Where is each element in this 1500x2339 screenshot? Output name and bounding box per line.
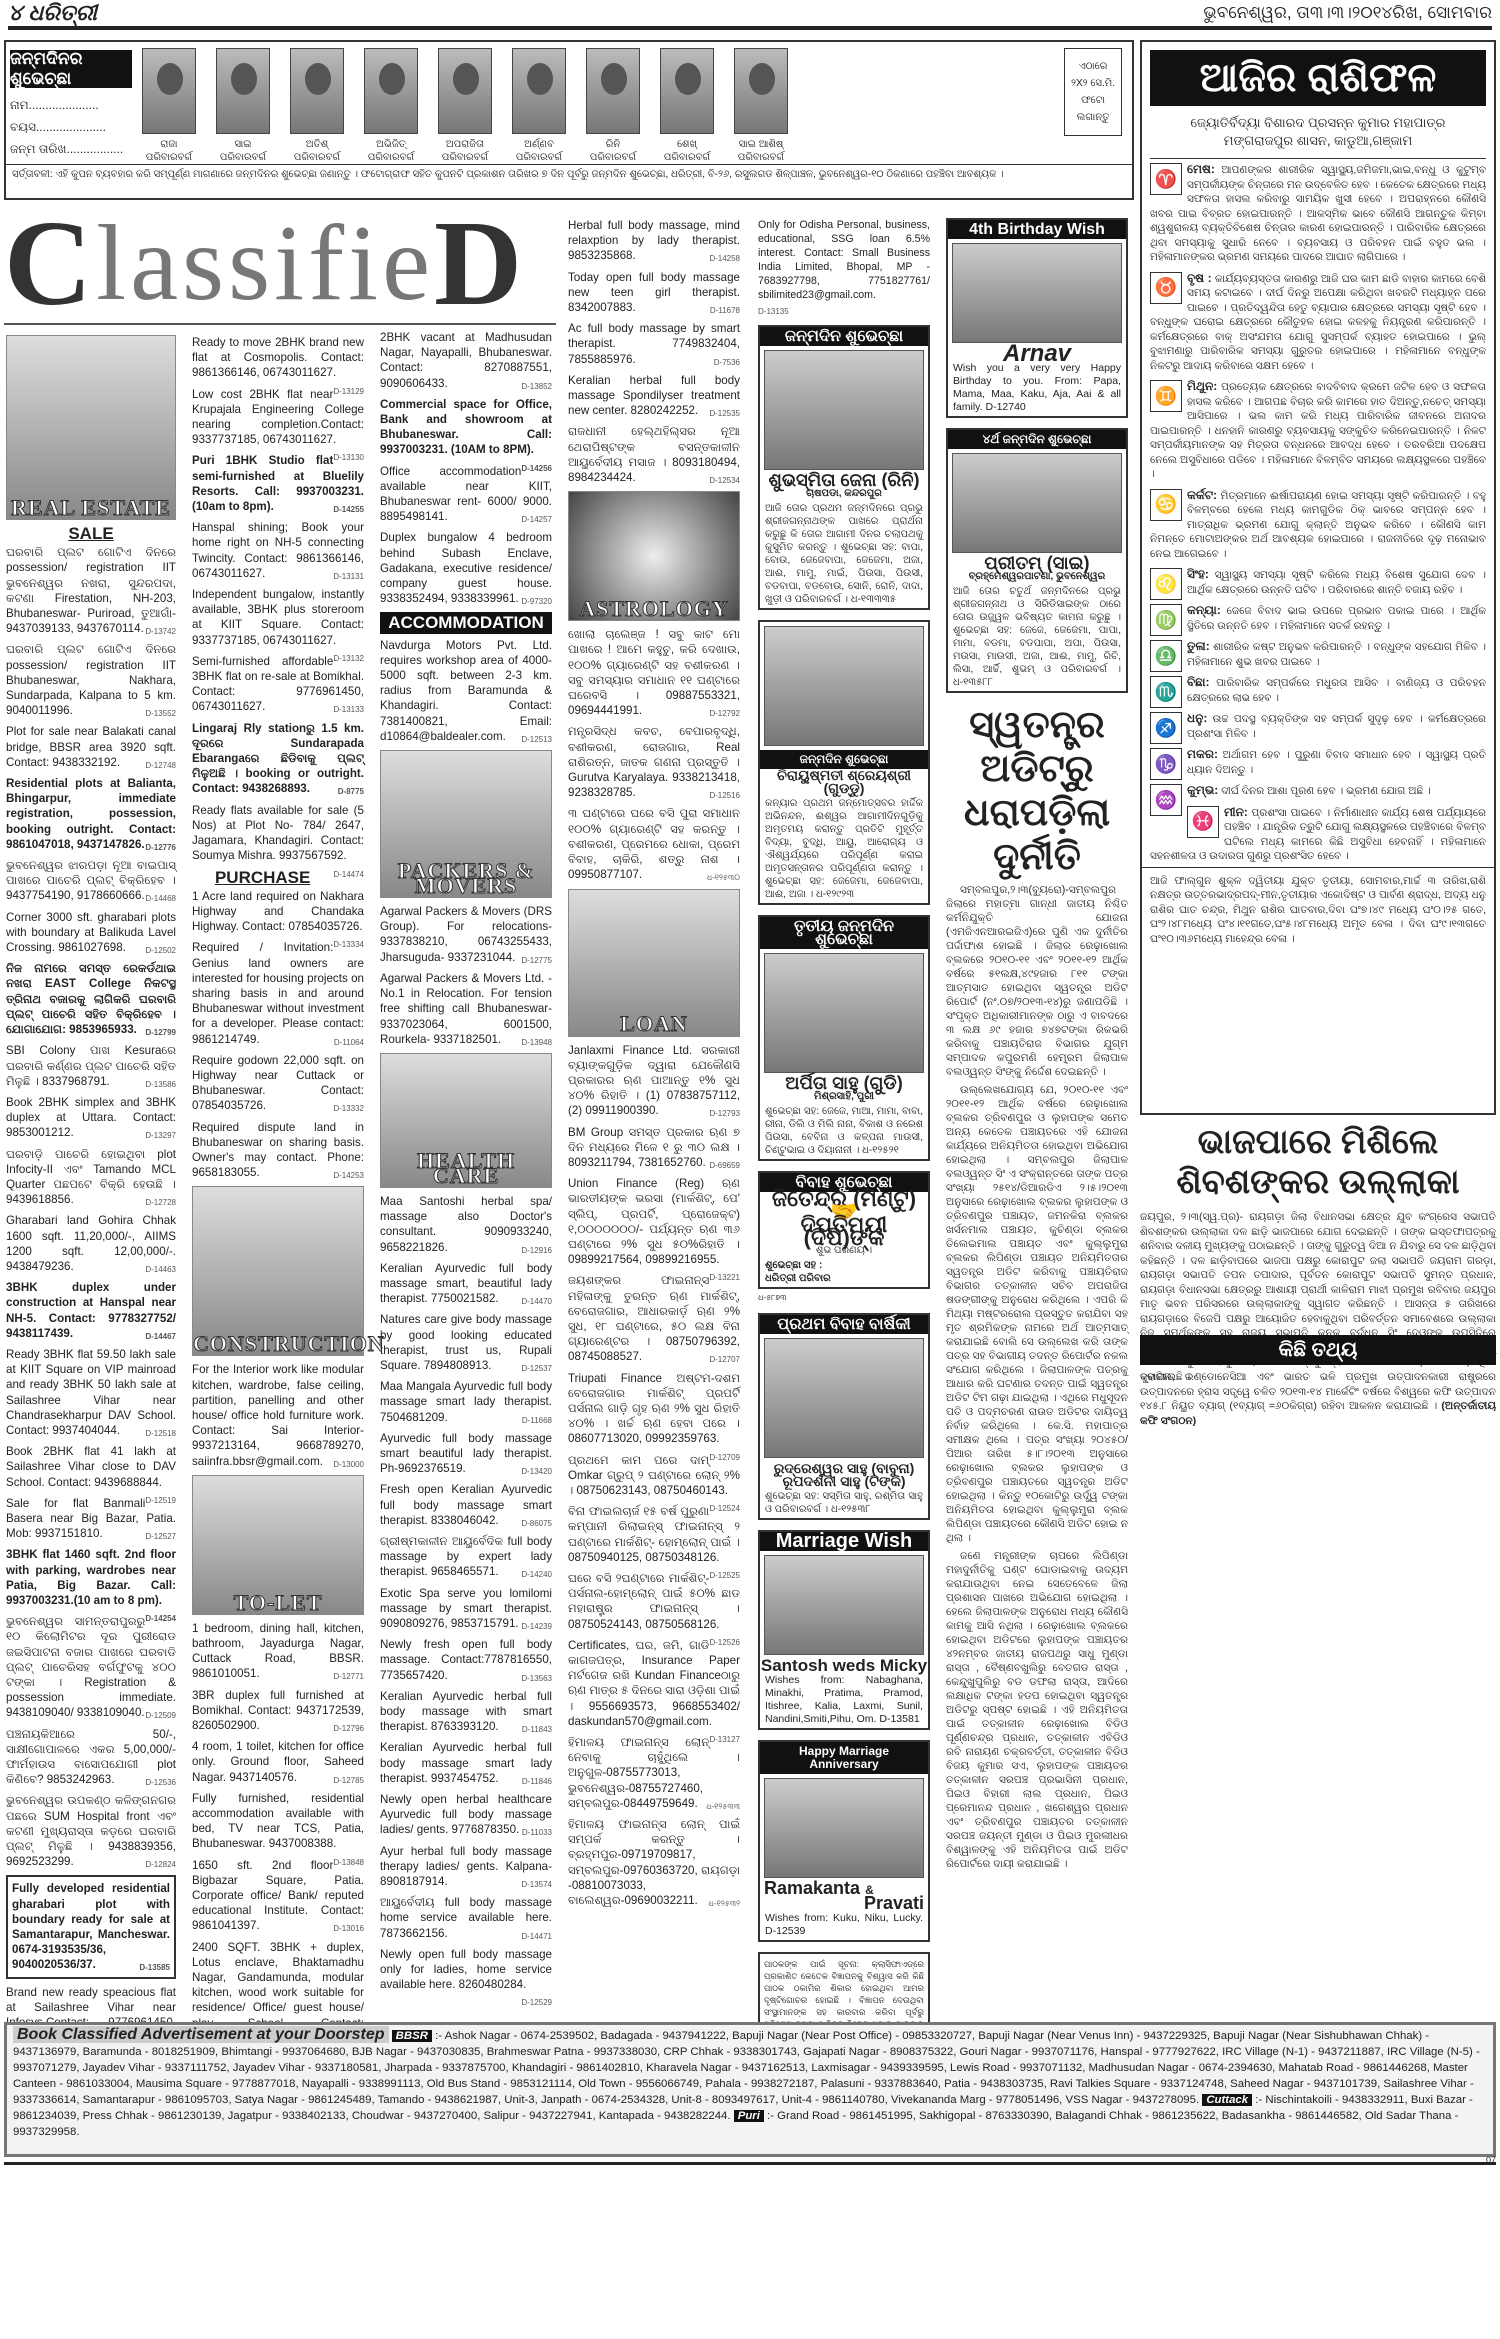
classified-ad: Gharabari land Gohira Chhak 1600 sqft. 1… (6, 1213, 176, 1274)
classified-ad: Duplex bungalow 4 bedroom behind Subash … (380, 530, 552, 606)
classified-ad: ଘରବାଡ଼ି ପାଚେରି ହୋଇଥିବା plot Infocity-II … (6, 1147, 176, 1208)
wish-name: Pravati (760, 1897, 928, 1910)
zodiac-sign-entry: ♊ମିଥୁନ: ପ୍ରତ୍ୟେକ କ୍ଷେତ୍ରରେ ବାଦବିବାଦ କ୍ରମ… (1142, 376, 1494, 485)
kid-family: ପରିବାରବର୍ଗ (586, 151, 640, 164)
classified-ad: Ready 3BHK flat 59.50 lakh sale at KIIT … (6, 1347, 176, 1438)
zodiac-sign-entry: ♒କୁମ୍ଭ: ଦୀର୍ଘ ଦିନର ଆଶା ପୂରଣ ହେବ । ଭ୍ରମଣ … (1142, 780, 1494, 802)
ad-code: D-13133 (333, 702, 364, 717)
horoscope-box: ଆଜିର ରାଶିଫଳ ଜ୍ୟୋତିର୍ବିଦ୍ୟା ବିଶାରଦ ପ୍ରସନ୍… (1140, 40, 1496, 1115)
ad-code: D-12824 (145, 1857, 176, 1872)
classified-ad: Maa Mangala Ayurvedic full body massage … (380, 1379, 552, 1425)
zodiac-name: ତୁଳା: (1187, 639, 1210, 653)
sale-ads-list: ଘରବାରି ପ୍ଲଟ ଗୋଟିଏ ଦିନରେ possession/ regi… (6, 545, 176, 2045)
zodiac-sign-entry: ♐ଧନୁ: ଉଚ୍ଚ ପଦସ୍ଥ ବ୍ୟକ୍ତିଙ୍କ ସହ ସମ୍ପର୍କ ସ… (1142, 708, 1494, 744)
kid-photo (216, 48, 270, 134)
ad-code: D-13000 (333, 1457, 364, 1472)
zodiac-text: ଅର୍ଥାଗମ ହେବ । ପୁରୁଣା ବିବାଦ ସମାଧାନ ହେବ । … (1187, 749, 1486, 776)
zodiac-name: ବୃଷ : (1187, 271, 1212, 285)
photo-box-line: ଫଟୋ (1065, 92, 1121, 109)
ad-code: D-11064 (334, 1035, 364, 1050)
ad-code: ଧ-୧୨୫୨୧ (862, 1145, 899, 1156)
news-paragraph: ସମ୍ବଲପୁର,୨।୩(ବ୍ୟୁରୋ)-ସମ୍ବଲପୁର ଜିଲାରେ ମହା… (946, 883, 1128, 1079)
ad-code: D-14254 (145, 1611, 176, 1626)
health-ads-list: Maa Santoshi herbal spa/ massage also Do… (380, 1194, 552, 1993)
ad-code: D-12519 (145, 1493, 176, 1508)
wish-body: ଆଜି ତୋର ଚତୁର୍ଥ ଜନ୍ମଦିନରେ ପ୍ରଭୁ ଶ୍ରୀଜଗନ୍ନ… (953, 586, 1121, 675)
ad-text: Commercial space for Office, Bank and sh… (380, 398, 552, 457)
classified-ad: ଭୁବନେଶ୍ୱର ସାମନ୍ତରାପୁରରୁ ୧୦ କିଲୋମିଟର ଦୂର … (6, 1614, 176, 1720)
ad-code: D-12536 (145, 1775, 176, 1790)
kid-photo (660, 48, 714, 134)
kid-photo-card: ଅର୍ଣ୍ଣବପରିବାରବର୍ଗ (512, 48, 566, 164)
classified-ad: ୩ ଘଣ୍ଟାରେ ଘରେ ବସି ପୁରା ସମାଧାନ ୧୦୦% ଗ୍ୟାର… (568, 806, 740, 882)
ad-code: D-13135 (758, 305, 930, 319)
ad-navdurga: Navdurga Motors Pvt. Ltd. requires works… (380, 638, 552, 744)
ad-code: D-13563 (521, 1671, 552, 1686)
ad-code: ଧ-୧୨୯୨୩ (816, 889, 854, 900)
photo-placeholder-box: ଏଠାରେ ୨X୨ ସେ.ମି. ଫଟୋ ଲଗାନ୍ତୁ (1064, 48, 1122, 136)
classified-ad: Triupati Finance ଅଷ୍ଟମ-ଦଶମ ବେରୋଜଗାର ମାର୍… (568, 1371, 740, 1447)
ad-code: D-12796 (333, 1721, 364, 1736)
kid-family: ପରିବାରବର୍ଗ (512, 151, 566, 164)
classified-ad: ଜୟଶଙ୍କର ଫାଇନାନ୍ସ ମହିଳାଙ୍କୁ ତୁରନ୍ତ ଋଣ ମାର… (568, 1273, 740, 1364)
zodiac-text: କାର୍ଯ୍ୟବ୍ୟସ୍ତତା କାରଣରୁ ଆଜି ଘର କାମ ଛାଡି ବ… (1150, 273, 1486, 372)
wish-card-arpita: ତୃତୀୟ ଜନ୍ମଦିନ ଶୁଭେଚ୍ଛା ଅର୍ପିତା ସାହୁ (ଗୁଡ… (758, 915, 930, 1161)
photo-box-line: ଏଠାରେ (1065, 58, 1121, 75)
construction-image: CONSTRUCTION (192, 1186, 364, 1356)
zodiac-icon: ♒ (1150, 784, 1182, 816)
zodiac-text: ଜେଜେ ବିବାଦ ଭାଇ ଉପରେ ପ୍ରଭାବ ପକାଇ ପାରେ । ଆ… (1187, 605, 1486, 632)
kid-name: ଅଭିଜିତ୍ (364, 138, 418, 151)
to-let-label: TO-LET (193, 1595, 363, 1610)
wish-body: Wishes from: Kuku, Niku, Lucky. (765, 1912, 923, 1924)
classified-ad: ରାଜଧାନୀ ହେଲ୍ଥହିଲ୍ସର ନୂଆ ଥେରାପିଷ୍ଟଙ୍କ ବସନ… (568, 424, 740, 485)
packers-movers-image: PACKERS & MOVERS (380, 750, 552, 898)
zodiac-name: ବିଛା: (1187, 675, 1210, 689)
ad-code: D-13132 (333, 651, 364, 666)
ad-code: D-12539 (765, 1925, 805, 1937)
wish-photo (952, 453, 1122, 553)
wish-body: କନ୍ୟାର ପ୍ରଥମ ଜନ୍ମୋତ୍ସବର ହାର୍ଦ୍ଦିକ ଅଭିନନ୍… (765, 798, 923, 900)
wish-name: ଶୁଭସ୍ମିତା ଜେନା (ରିନି) (760, 474, 928, 487)
ad-code: ଧ-୧୨୫୩୦ (707, 870, 740, 885)
zodiac-icon: ♊ (1150, 380, 1182, 412)
wish-text: Wishes from: Kuku, Niku, Lucky. D-12539 (760, 1910, 928, 1940)
classified-ad: Maa Santoshi herbal spa/ massage also Do… (380, 1194, 552, 1255)
ad-code: D-12775 (521, 953, 552, 968)
section-sale: SALE (6, 526, 176, 541)
ad-code: D-12534 (709, 473, 740, 488)
wish-name: Ramakanta (764, 1878, 860, 1898)
kid-photo (290, 48, 344, 134)
zodiac-icon: ♌ (1150, 568, 1182, 600)
ad-code: D-12793 (709, 1106, 740, 1121)
ad-code: D-14255 (333, 502, 364, 517)
packers-ads-list: Agarwal Packers & Movers (DRS Group). Fo… (380, 904, 552, 1047)
column-real-estate-2: Ready to move 2BHK brand new flat at Cos… (192, 335, 364, 2052)
ad-code: D-13574 (521, 1877, 552, 1892)
wish-card-marriage-jitendra: ବିବାହ ଶୁଭେଚ୍ଛା ଜିତେନ୍ଦ୍ର (ମିଣ୍ଟୁ) 🤝 ଦିପ୍… (758, 1171, 930, 1289)
accommodation-ads-top: 2BHK vacant at Madhusudan Nagar, Nayapal… (380, 330, 552, 606)
classified-ad: SBI Colony ପାଖ Kesuraରେ ଘରବାରି କର୍ଣ୍ଣର ପ… (6, 1043, 176, 1089)
form-age-field: ବୟସ..................... (10, 116, 132, 138)
news-headline-ullaka: ଭାଜପାରେ ମିଶିଲେ ଶିବଶଙ୍କର ଉଲ୍ଲାକା (1140, 1122, 1496, 1202)
astrology-image: ASTROLOGY (568, 491, 740, 621)
wish-card-rini: ଜନ୍ମଦିନ ଶୁଭେଚ୍ଛା ଶୁଭସ୍ମିତା ଜେନା (ରିନି) ଚ… (758, 325, 930, 610)
zodiac-name: କୁମ୍ଭ: (1187, 783, 1218, 797)
classified-ad: Agarwal Packers & Movers Ltd. - No.1 in … (380, 971, 552, 1047)
zodiac-text: ଦୀର୍ଘ ଦିନର ଆଶା ପୂରଣ ହେବ । ଭ୍ରମଣ ଯୋଗ ଅଛି … (1221, 785, 1431, 797)
wish-card-ramakanta-pravati: Happy Marriage Anniversary Ramakanta & P… (758, 1740, 930, 1942)
classified-ad: ହିମାଳୟ ଫାଇନାନ୍ସ ଲୋନ୍ ପାଇଁ ସମ୍ପର୍କ କରନ୍ତୁ… (568, 1817, 740, 1908)
ad-code: D-12518 (145, 1426, 176, 1441)
ad-code: D-12799 (145, 1025, 176, 1040)
logo-middle: lassifie (96, 202, 434, 326)
kid-photo-card: ଅଭିଜିତ୍ପରିବାରବର୍ଗ (364, 48, 418, 164)
column-astrology-loan: Herbal full body massage, mind relaxptio… (568, 218, 740, 1914)
kid-family: ପରିବାରବର୍ଗ (216, 151, 270, 164)
bottom-rule (4, 2162, 1496, 2165)
zodiac-sign-entry: ♈ମେଷ: ଆପଣଙ୍କର ଶାରୀରିକ ସ୍ୱାସ୍ଥ୍ୟ,ଜମିଜମା,ଭ… (1142, 159, 1494, 268)
masthead: ୪ ଧରିତ୍ରୀ ଭୁବନେଶ୍ୱର, ତା୩।୩।୨୦୧୪ରିଖ, ସୋମବ… (8, 4, 1492, 30)
classified-ad: Lingaraj Rly stationରୁ 1.5 km. ଦୂରରେ Sun… (192, 721, 364, 797)
zodiac-sign-entry: ♍କନ୍ୟା: ଜେଜେ ବିବାଦ ଭାଇ ଉପରେ ପ୍ରଭାବ ପକାଇ … (1142, 600, 1494, 636)
ad-code: D-13127 (709, 1732, 740, 1747)
classified-ad: Fresh open Keralian Ayurvedic full body … (380, 1482, 552, 1528)
ad-code: ଧ-୧୩୩୩୫ (851, 594, 896, 605)
ad-code: D-12525 (709, 1568, 740, 1583)
ad-text: Navdurga Motors Pvt. Ltd. requires works… (380, 639, 552, 743)
birthday-coupon-title: ଜନ୍ମଦିନର ଶୁଭେଚ୍ଛା (10, 50, 132, 88)
ad-code: D-13131 (333, 569, 364, 584)
author-name: ଜ୍ୟୋତିର୍ବିଦ୍ୟା ବିଶାରଦ ପ୍ରସନ୍ନ କୁମାର ମହାପ… (1150, 114, 1486, 132)
news-paragraph: ଉଲ୍ଲେଖଯୋଗ୍ୟ ଯେ, ୨୦୧୦-୧୧ ଏବଂ ୨୦୧୧-୧୨ ଆର୍ଥ… (946, 1083, 1128, 1545)
classified-ad: Newly fresh open full body massage. Cont… (380, 1637, 552, 1683)
ad-code: D-14239 (521, 1619, 552, 1634)
ad-code: D-12509 (145, 1708, 176, 1723)
classified-ad: Newly open full body massage only for la… (380, 1947, 552, 1993)
horoscope-title: ଆଜିର ରାଶିଫଳ (1150, 50, 1486, 106)
author-place: ମଙ୍ଗରାଜପୁର ଶାସନ, କାଡୁଆ,ଗଞ୍ଜାମ (1150, 132, 1486, 150)
footer-lead: Book Classified Advertisement at your Do… (13, 2026, 389, 2043)
classified-ad: Today open full body massage new teen gi… (568, 270, 740, 316)
wish-from-label: ଶୁଭେଚ୍ଛା ସହ : (765, 1260, 822, 1271)
city-cuttack: Cuttack (1202, 2094, 1252, 2106)
ad-code: D-12526 (709, 1635, 740, 1650)
wish-header: Marriage Wish (760, 1532, 928, 1551)
kid-photo (734, 48, 788, 134)
ad-text: Ready to move 2BHK brand new flat at Cos… (192, 336, 364, 379)
ad-code: D-13581 (879, 1713, 919, 1725)
wish-body: ଆଜି ତୋର ପ୍ରଥମ ଜନ୍ମଦିନରେ ପ୍ରଭୁ ଶ୍ରୀଜଗନ୍ନା… (765, 503, 923, 605)
kid-photo (142, 48, 196, 134)
ad-code: D-14471 (521, 1929, 552, 1944)
ad-text: Union Finance (Reg) ଋଣ ଭାରତୀୟଙ୍କ ଭରସା (ମ… (568, 1177, 740, 1266)
ad-code: D-12516 (709, 788, 740, 803)
ad-code: D-13948 (521, 1035, 552, 1050)
classified-ad: Union Finance (Reg) ଋଣ ଭାରତୀୟଙ୍କ ଭରସା (ମ… (568, 1176, 740, 1267)
ad-code: D-11668 (522, 1413, 552, 1428)
kid-name: ରାଜା (142, 138, 196, 151)
purchase-ads-list: 1 Acre land required on Nakhara Highway … (192, 889, 364, 1181)
classified-ad: 2BHK vacant at Madhusudan Nagar, Nayapal… (380, 330, 552, 391)
ad-text: 3BHK flat 1460 sqft. 2nd floor with park… (6, 1548, 176, 1607)
classified-ad: Janlaxmi Finance Ltd. ସରକାରୀ ବ୍ୟାଙ୍କଗୁଡ଼… (568, 1043, 740, 1119)
wish-photo (764, 1338, 924, 1458)
kid-family: ପରିବାରବର୍ଗ (364, 151, 418, 164)
ad-code: D-11846 (522, 1774, 552, 1789)
ad-code: D-14468 (145, 891, 176, 906)
wish-name: Arnav (948, 347, 1126, 360)
ad-code: D-14467 (145, 1329, 176, 1344)
page-number: 07 (1486, 2155, 1496, 2165)
ad-text: Ready flats available for sale (5 Nos) a… (192, 804, 364, 863)
birthday-coupon-form: ନାମ..................... ବୟସ............… (10, 94, 132, 160)
classified-ad: ଗ୍ରୀଷ୍ମକାଳୀନ ଆୟୁର୍ବେଦିକ full body massag… (380, 1534, 552, 1580)
classified-logo: ClassifieD (4, 205, 556, 325)
ad-code: D-14253 (333, 1168, 364, 1183)
wish-body: Wish you a very very Happy Birthday to y… (953, 362, 1121, 413)
zodiac-sign-entry: ♑ମକର: ଅର୍ଥାଗମ ହେବ । ପୁରୁଣା ବିବାଦ ସମାଧାନ … (1142, 744, 1494, 780)
news-headline-audit: ସ୍ୱତନ୍ତ୍ର ଅଡିଟ୍‌ରୁ ଧରାପଡ଼ିଲା ଦୁର୍ନୀତି (946, 703, 1128, 879)
wish-text: ଶୁଭେଚ୍ଛା ସହ: ଜେଜେ, ମାଆ, ମାମା, ବାବା, ରୀନା… (760, 1103, 928, 1159)
ad-text: Independent bungalow, instantly availabl… (192, 588, 364, 647)
news-paragraph: ଜଣେ ମନ୍ତ୍ରୀଙ୍କ ଚାପରେ ଲିପିଣ୍ଡା ମହାଦୁର୍ନୀତ… (946, 1549, 1128, 1871)
ad-text: Certificates, ଘର, ଜମି, ଗାଡି କାଗଜପତ୍ର, In… (568, 1639, 740, 1728)
zodiac-text: ପ୍ରତ୍ୟେକ କ୍ଷେତ୍ରରେ ବାଦବିବାଦ କ୍ରମେ ଜଟିଳ ହ… (1150, 381, 1486, 480)
astrology-ads-list: ଖୋଲା ଚାଲେଞ୍ଜ ! ସବୁ କାଟ ମୋ ପାଖରେ ! ଆମେ କହ… (568, 627, 740, 882)
ad-code: D-12513 (521, 732, 552, 747)
classified-ad: Ayur herbal full body massage therapy la… (380, 1844, 552, 1890)
wish-text: ଆଜି ତୋର ପ୍ରଥମ ଜନ୍ମଦିନରେ ପ୍ରଭୁ ଶ୍ରୀଜଗନ୍ନା… (760, 500, 928, 608)
zodiac-signs-list: ♈ମେଷ: ଆପଣଙ୍କର ଶାରୀରିକ ସ୍ୱାସ୍ଥ୍ୟ,ଜମିଜମା,ଭ… (1142, 159, 1494, 867)
classified-ad: Exotic Spa serve you lomilomi massage by… (380, 1586, 552, 1632)
ad-text: ଖୋଲା ଚାଲେଞ୍ଜ ! ସବୁ କାଟ ମୋ ପାଖରେ ! ଆମେ କହ… (568, 628, 740, 717)
classified-ad: Book 2BHK simplex and 3BHK duplex at Utt… (6, 1095, 176, 1141)
loan-label: LOAN (569, 1016, 739, 1031)
classified-ad: Agarwal Packers & Movers (DRS Group). Fo… (380, 904, 552, 965)
ad-code: D-11678 (710, 303, 740, 318)
photo-box-line: ୨X୨ ସେ.ମି. (1065, 75, 1121, 92)
column-wishes-news: 4th Birthday Wish Arnav Wish you a very … (946, 218, 1128, 1871)
classified-ad: ପଞ୍ଚନାୟକିଆରେ 50/-, ସାକ୍ଷୀଗୋପାଳରେ ଏକର 5,0… (6, 1727, 176, 1788)
real-estate-image: REAL ESTATE (6, 335, 176, 520)
ad-code: D-13129 (333, 384, 364, 399)
kid-photo (586, 48, 640, 134)
kid-family: ପରିବାରବର୍ଗ (660, 151, 714, 164)
classified-ad: ନିଜ ନାମରେ ସମସ୍ତ ରେକର୍ଡଥାଇ ନଖରା EAST Coll… (6, 961, 176, 1037)
column-wishes: Only for Odisha Personal, business, educ… (758, 218, 930, 2060)
classified-ad: Certificates, ଘର, ଜମି, ଗାଡି କାଗଜପତ୍ର, In… (568, 1638, 740, 1729)
zodiac-sign-entry: ♓ମୀନ: ପ୍ରଶଂସା ପାଇବେ । ନିର୍ମାଣାଧୀନ କାର୍ଯ୍… (1142, 802, 1494, 867)
kid-photo-card: ସାଇପରିବାରବର୍ଗ (216, 48, 270, 164)
kid-name: ଶେଖ୍ (660, 138, 714, 151)
kid-family: ପରିବାରବର୍ଗ (734, 151, 788, 164)
booking-centers-footer: Book Classified Advertisement at your Do… (4, 2022, 1496, 2157)
massage-ads-list: Herbal full body massage, mind relaxptio… (568, 218, 740, 485)
kid-photo-card: ରିନିପରିବାରବର୍ଗ (586, 48, 640, 164)
zodiac-name: ମେଷ: (1187, 162, 1215, 176)
ad-text: ଜୟଶଙ୍କର ଫାଇନାନ୍ସ ମହିଳାଙ୍କୁ ତୁରନ୍ତ ଋଣ ମାର… (568, 1274, 740, 1363)
classified-ad: Commercial space for Office, Bank and sh… (380, 397, 552, 458)
health-care-image: HEALTH CARE (380, 1053, 552, 1188)
classified-ad: ମନ୍ତ୍ରସିଦ୍ଧ କବଚ, ବେପାରବୃଦ୍ଧି, ବଶୀକରଣ, ରୋ… (568, 724, 740, 800)
kid-photo-card: ଅତିଶ୍ପରିବାରବର୍ଗ (290, 48, 344, 164)
kid-photo-card: ଅପରାଜିତାପରିବାରବର୍ଗ (438, 48, 492, 164)
zodiac-icon: ♉ (1150, 272, 1182, 304)
kid-name: ଅର୍ଣ୍ଣବ (512, 138, 566, 151)
wish-name: ପ୍ରୀତମ୍ (ସାଇ) (948, 557, 1126, 570)
classified-ad: Independent bungalow, instantly availabl… (192, 587, 364, 648)
ad-text: Required / Invitation: Genius land owner… (192, 941, 364, 1045)
wish-photo (764, 953, 924, 1073)
ad-code: ଧ-୧୨୫୩୮ (831, 1504, 871, 1515)
to-let-ads-list: 1 bedroom, dining hall, kitchen, bathroo… (192, 1621, 364, 2046)
ad-code: ଧ-୧୩୫୮୮ (953, 677, 993, 688)
ad-text: Book 2BHK flat 41 lakh at Sailashree Vih… (6, 1445, 176, 1488)
health-care-label: HEALTH CARE (381, 1153, 551, 1183)
ad-code: D-13420 (521, 1464, 552, 1479)
zodiac-text: ଉଚ୍ଚ ପଦସ୍ଥ ବ୍ୟକ୍ତିଙ୍କ ସହ ସମ୍ପର୍କ ସୁଦୃଢ଼ … (1187, 713, 1486, 740)
column-real-estate-sale: REAL ESTATE SALE ଘରବାରି ପ୍ଲଟ ଗୋଟିଏ ଦିନରେ… (6, 335, 176, 2051)
wish-header: 4th Birthday Wish (948, 220, 1126, 239)
classified-ad: BM Group ସମସ୍ତ ପ୍ରକାର ଋଣ ୭ ଦିନ ମଧ୍ୟରେ ମି… (568, 1125, 740, 1171)
zodiac-name: ମିଥୁନ: (1187, 379, 1217, 393)
ad-code: ଧ-୧୨୫୩୨ (709, 1896, 741, 1911)
ad-code: D-12740 (985, 401, 1025, 413)
coupon-terms: ସର୍ତ୍ତାବଳୀ: ଏହି କୁପନ ବ୍ୟବହାର କରି ସମ୍ପୂର୍… (6, 164, 1132, 198)
classified-ad: Ready to move 2BHK brand new flat at Cos… (192, 335, 364, 381)
column-accommodation: 2BHK vacant at Madhusudan Nagar, Nayapal… (380, 330, 552, 2011)
logo-d: D (434, 194, 526, 334)
wish-name: ରୂପଦର୍ଶନୀ ସାହୁ (ଟିଙ୍କି) (760, 1475, 928, 1488)
ad-code: D-12529 (521, 1995, 552, 2010)
ad-code: D-13016 (333, 1921, 364, 1936)
wish-card-anniversary-rudreswar: ପ୍ରଥମ ବିବାହ ବାର୍ଷିକୀ ରୁଦ୍ରେଶ୍ୱର ସାହୁ (ବା… (758, 1313, 930, 1520)
wish-bride: ଦିପ୍ତିମୟୀ (ଦିପି)ଙ୍କ (760, 1218, 928, 1244)
zodiac-name: କର୍କଟ: (1187, 488, 1217, 502)
wish-card-shreyashree: ଜନ୍ମଦିନ ଶୁଭେଚ୍ଛା ଚିରାୟୁଷ୍ମତୀ ଶ୍ରେୟଶ୍ରୀ (… (758, 620, 930, 905)
wish-header: Happy Marriage Anniversary (760, 1742, 928, 1774)
section-accommodation: ACCOMMODATION (380, 612, 552, 633)
ad-code: D-13552 (145, 706, 176, 721)
form-dob-field: ଜନ୍ମ ତାରିଖ................. (10, 138, 132, 160)
classified-ad: Fully furnished, residential accommodati… (192, 1791, 364, 1852)
news-body-audit: ସମ୍ବଲପୁର,୨।୩(ବ୍ୟୁରୋ)-ସମ୍ବଲପୁର ଜିଲାରେ ମହା… (946, 883, 1128, 1871)
ad-code: D-11033 (522, 1825, 552, 1840)
classified-ad: Residential plots at Balianta, Bhingarpu… (6, 776, 176, 852)
classified-ad: Corner 3000 sft. gharabari plots with bo… (6, 910, 176, 956)
wish-name: Santosh weds Micky (760, 1659, 928, 1672)
wish-name: ଅର୍ପିତା ସାହୁ (ଗୁଡି) (760, 1077, 928, 1090)
wish-place: ବ୍ରହ୍ମେଶ୍ୱରପାଟଣା, ଭୁବନେଶ୍ୱର (948, 570, 1126, 583)
ad-code: D-13221 (709, 1270, 740, 1285)
kid-photo (364, 48, 418, 134)
facts-title: କିଛି ତଥ୍ୟ (1140, 1335, 1496, 1365)
ad-code: D-14258 (709, 251, 740, 266)
ad-code: D-8775 (338, 784, 364, 799)
zodiac-icon: ♑ (1150, 748, 1182, 780)
wish-header: ପ୍ରଥମ ବିବାହ ବାର୍ଷିକୀ (760, 1315, 928, 1334)
wish-card-pritam: ୪ର୍ଥ ଜନ୍ମଦିନ ଶୁଭେଚ୍ଛା ପ୍ରୀତମ୍ (ସାଇ) ବ୍ରହ… (946, 428, 1128, 693)
zodiac-icon: ♎ (1150, 640, 1182, 672)
classified-ad: Natures care give body massage by good l… (380, 1312, 552, 1373)
ad-code: D-13742 (145, 624, 176, 639)
ad-code: D-97320 (521, 594, 552, 609)
birthday-coupon-strip: ଜନ୍ମଦିନର ଶୁଭେଚ୍ଛା ନାମ...................… (4, 40, 1134, 200)
wish-text: Wish you a very very Happy Birthday to y… (948, 360, 1126, 416)
ad-code: ଧ-୧୨୫୩୩ (706, 1799, 740, 1814)
ad-text: Fully developed residential gharabari pl… (12, 1882, 170, 1971)
wish-body: ଶୁଭେଚ୍ଛା ସହ: ଜେଜେ, ମାଆ, ମାମା, ବାବା, ରୀନା… (765, 1106, 923, 1156)
ad-code: D-12748 (145, 758, 176, 773)
classified-ad: Ready flats available for sale (5 Nos) a… (192, 803, 364, 864)
ad-sbi-loan: Only for Odisha Personal, business, educ… (758, 218, 930, 319)
ad-code: D-14240 (521, 1567, 552, 1582)
zodiac-text: ପାରିବାରିକ ସମ୍ପର୍କରେ ମଧୁରତା ଆସିବ । ବାଣିଜ୍… (1187, 677, 1486, 704)
zodiac-icon: ♍ (1150, 604, 1182, 636)
ad-code: D-12537 (521, 1361, 552, 1376)
zodiac-name: ସିଂହ: (1187, 567, 1209, 581)
ad-code: D-12535 (709, 406, 740, 421)
zodiac-icon: ♐ (1150, 712, 1182, 744)
zodiac-icon: ♋ (1150, 489, 1182, 521)
ad-text: Fully furnished, residential accommodati… (192, 1792, 364, 1851)
classified-ad: 1 bedroom, dining hall, kitchen, bathroo… (192, 1621, 364, 1682)
city-bbsr: BBSR (392, 2030, 432, 2042)
zodiac-sign-entry: ♎ତୁଳା: ଶାରୀରିକ କଷ୍ଟ ଅନୁଭବ କରିପାରନ୍ତି । ବ… (1142, 636, 1494, 672)
kid-name: ସାଇ (216, 138, 270, 151)
classified-ad: 3BR duplex full furnished at Bomikhal. C… (192, 1688, 364, 1734)
wish-header: ତୃତୀୟ ଜନ୍ମଦିନ ଶୁଭେଚ୍ଛା (760, 917, 928, 949)
wish-event: ଶୁଭ ପରିଣୟ । (760, 1244, 928, 1257)
photo-box-line: ଲଗାନ୍ତୁ (1065, 109, 1121, 126)
classified-ad: Required dispute land in Bhubaneswar on … (192, 1120, 364, 1181)
zodiac-name: ଧନୁ: (1187, 711, 1207, 725)
kid-photo (438, 48, 492, 134)
ad-code: D-13332 (333, 1101, 364, 1116)
classified-ad: Keralian Ayurvedic herbal full body mass… (380, 1740, 552, 1786)
ad-code: D-13848 (333, 1855, 364, 1870)
ad-code: D-69659 (709, 1158, 740, 1173)
zodiac-icon: ♓ (1187, 806, 1219, 838)
ad-code: D-12707 (709, 1352, 740, 1367)
construction-label: CONSTRUCTION (193, 1336, 363, 1351)
classified-ad: Keralian Ayurvedic herbal full body mass… (380, 1689, 552, 1735)
ad-code: D-13852 (521, 379, 552, 394)
real-estate-label: REAL ESTATE (7, 500, 175, 515)
zodiac-icon: ♏ (1150, 676, 1182, 708)
ad-code: D-12771 (333, 1669, 364, 1684)
city-puri: Puri (734, 2110, 764, 2122)
classified-ad: Require godown 22,000 sqft. on Highway n… (192, 1053, 364, 1114)
wish-text: ଆଜି ତୋର ଚତୁର୍ଥ ଜନ୍ମଦିନରେ ପ୍ରଭୁ ଶ୍ରୀଜଗନ୍ନ… (948, 583, 1126, 691)
astrology-label: ASTROLOGY (569, 601, 739, 616)
ad-code: D-12524 (709, 1501, 740, 1516)
wish-name: ଚିରାୟୁଷ୍ମତୀ ଶ୍ରେୟଶ୍ରୀ (ଗୁଡ୍ଡୁ) (760, 769, 928, 795)
to-let-image: TO-LET (192, 1475, 364, 1615)
ad-code: D-86075 (521, 1516, 552, 1531)
ad-code: D-14470 (521, 1294, 552, 1309)
zodiac-text: ଆପଣଙ୍କର ଶାରୀରିକ ସ୍ୱାସ୍ଥ୍ୟ,ଜମିଜମା,ଭାଇ,ବନ୍… (1150, 164, 1486, 263)
classified-ad: ଖୋଲା ଚାଲେଞ୍ଜ ! ସବୁ କାଟ ମୋ ପାଖରେ ! ଆମେ କହ… (568, 627, 740, 718)
loan-ads-list: Janlaxmi Finance Ltd. ସରକାରୀ ବ୍ୟାଙ୍କଗୁଡ଼… (568, 1043, 740, 1909)
ad-text: ଭୁବନେଶ୍ୱର ସାମନ୍ତରାପୁରରୁ ୧୦ କିଲୋମିଟର ଦୂର … (6, 1615, 176, 1719)
ad-code: D-12916 (521, 1243, 552, 1258)
wish-photo (764, 626, 924, 746)
horoscope-author: ଜ୍ୟୋତିର୍ବିଦ୍ୟା ବିଶାରଦ ପ୍ରସନ୍ନ କୁମାର ମହାପ… (1150, 106, 1486, 159)
ad-code: D-12728 (145, 1195, 176, 1210)
